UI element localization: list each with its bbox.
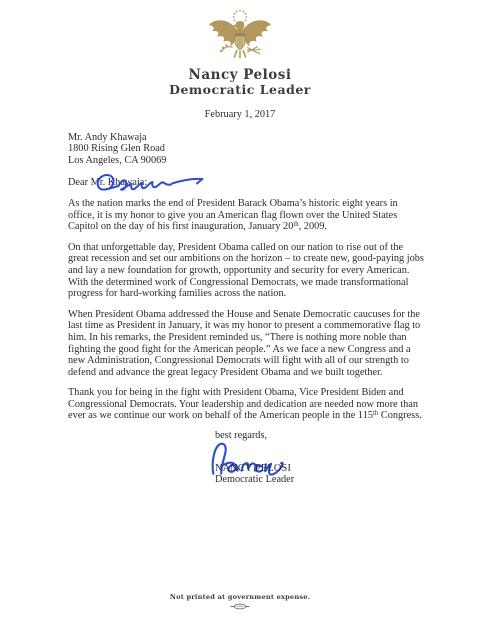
letterhead-name: Nancy Pelosi: [0, 68, 480, 83]
paragraph-2: On that unforgettable day, President Oba…: [68, 242, 425, 300]
recipient-name: Mr. Andy Khawaja: [68, 132, 425, 144]
recipient-city: Los Angeles, CA 90069: [68, 155, 425, 167]
paragraph-3-text: When President Obama addressed the House…: [68, 309, 420, 378]
page-footer: Not printed at government expense.: [0, 593, 480, 611]
paragraph-4: Thank you for being in the fight with Pr…: [68, 387, 425, 422]
signer-name: NANCY PELOSI: [215, 463, 425, 475]
paragraph-2-text: On that unforgettable day, President Oba…: [68, 242, 424, 299]
great-seal-eagle-icon: [198, 9, 282, 65]
footer-notice: Not printed at government expense.: [0, 593, 480, 601]
paragraph-1-tail: , 2009.: [299, 221, 327, 232]
closing-block: best regards, NANCY PELOSI Democratic Le…: [215, 430, 425, 486]
letterhead: Nancy Pelosi Democratic Leader: [0, 0, 480, 97]
letter-date: February 1, 2017: [0, 109, 480, 121]
letterhead-title: Democratic Leader: [0, 83, 480, 97]
salutation-block: Dear Mr. Khawaja:: [68, 177, 147, 189]
paragraph-1-text: As the nation marks the end of President…: [68, 198, 398, 232]
recipient-address: Mr. Andy Khawaja 1800 Rising Glen Road L…: [68, 132, 425, 167]
paragraph-3: When President Obama addressed the House…: [68, 309, 425, 379]
salutation: Dear Mr. Khawaja:: [68, 177, 147, 188]
paragraph-4-tail: Congress.: [378, 410, 421, 421]
printers-union-bug-icon: [227, 602, 253, 611]
letter-body: Mr. Andy Khawaja 1800 Rising Glen Road L…: [68, 132, 425, 486]
paragraph-1: As the nation marks the end of President…: [68, 198, 425, 233]
recipient-street: 1800 Rising Glen Road: [68, 143, 425, 155]
paragraph-4-text: Thank you for being in the fight with Pr…: [68, 387, 418, 421]
signer-title: Democratic Leader: [215, 474, 425, 486]
letter-page: Nancy Pelosi Democratic Leader February …: [0, 0, 480, 621]
valediction: best regards,: [215, 430, 425, 442]
